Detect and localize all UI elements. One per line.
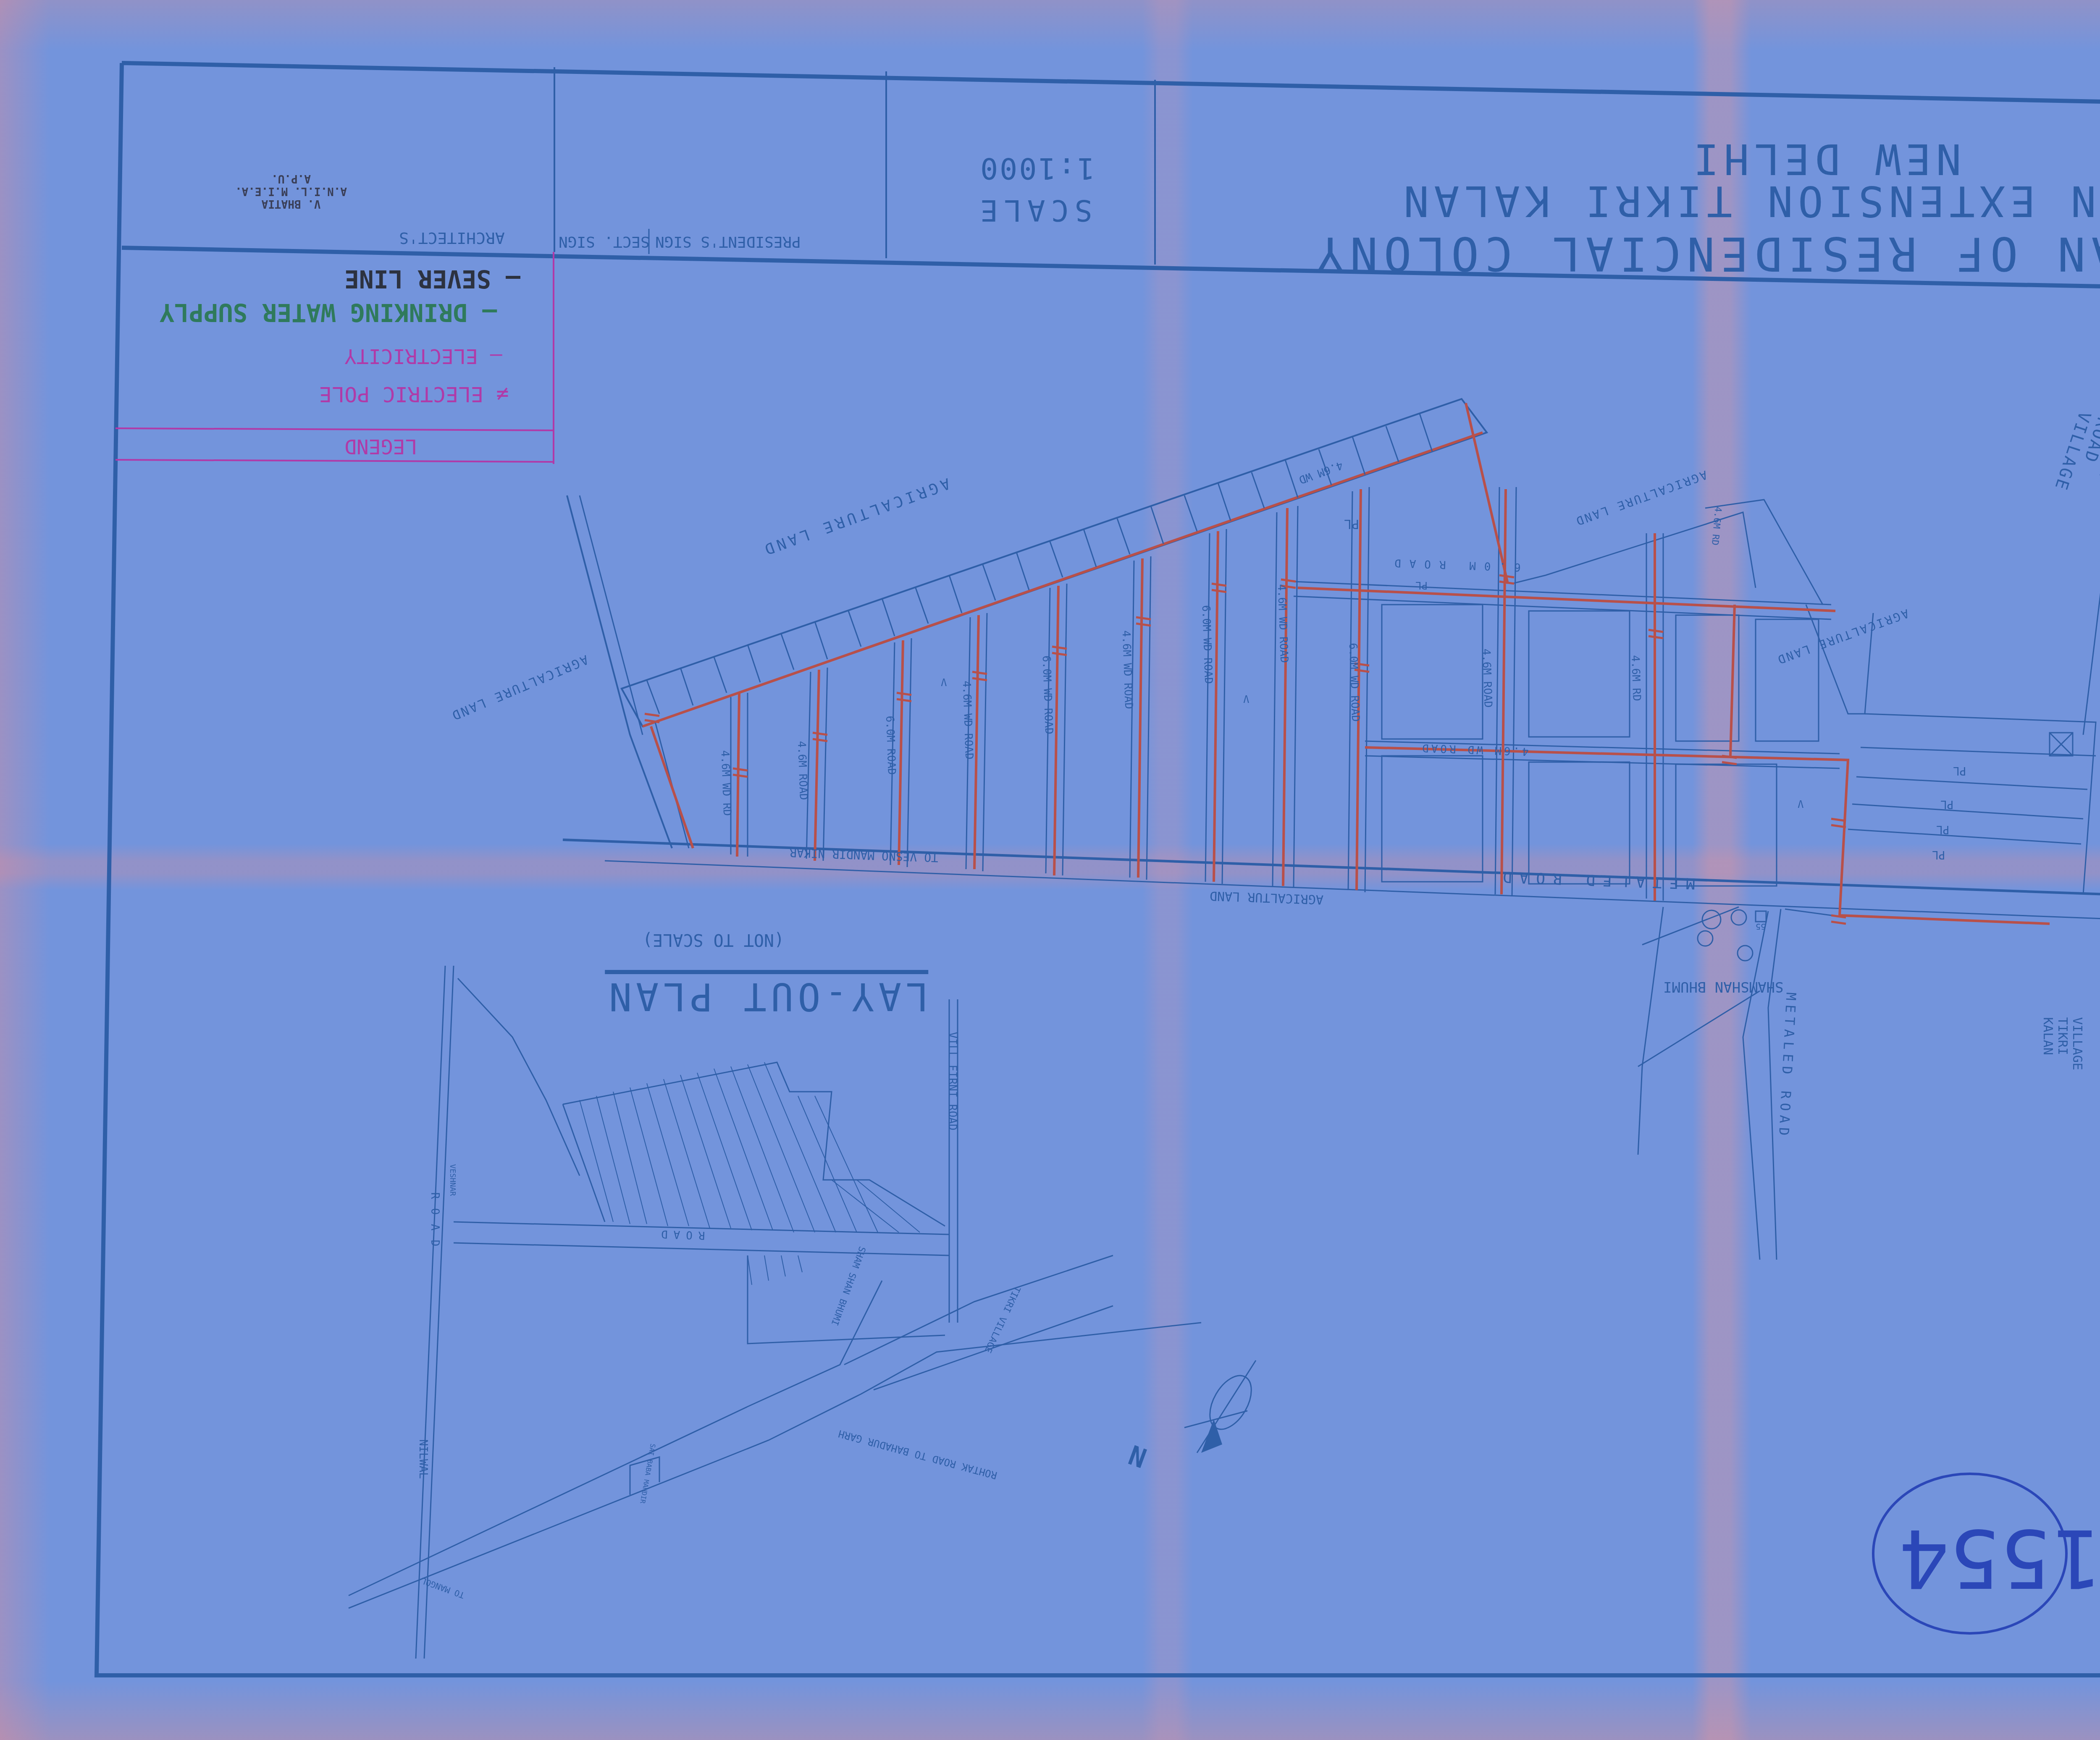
title-line-2: TIKRI KALAN EXTENSION TIKRI KALAN: [1399, 176, 2100, 225]
label-village-tikri-kalan: VILLAGE TIKRI KALAN: [2040, 1017, 2084, 1093]
architect-stamp: V. BHATIA A.N.I.L. M.I.E.A. A.P.U.: [235, 172, 347, 210]
scale-label: SCALE: [974, 193, 1092, 228]
plot-tag-pl: PL: [1932, 848, 1945, 861]
legend-label: ELECTRICITY: [344, 344, 478, 368]
road-label: 4.6M ROAD: [1480, 648, 1494, 708]
sever-line-icon: —: [506, 265, 520, 293]
legend-item-electric-pole: ≠ ELECTRIC POLE: [319, 382, 509, 406]
water-line-icon: —: [482, 298, 497, 327]
plot-tag-v: V: [1243, 693, 1249, 705]
plot-tag-pl: PL: [1936, 823, 1949, 836]
plot-tag-pl: PL: [1940, 798, 1953, 810]
title-line-3: NEW DELHI: [1688, 134, 1961, 183]
stamp-line-1: V. BHATIA: [235, 197, 347, 210]
plot-tag-v: V: [941, 676, 947, 688]
stamp-line-3: A.P.U.: [235, 172, 347, 185]
file-number: 1554: [1898, 1512, 2100, 1604]
label-shamshan-bhumi: SHAMSHAN BHUMI: [1663, 978, 1784, 995]
label-vill-firni-road: VILL FIRNI ROAD: [946, 1032, 958, 1131]
label-veshnar: VESHNAR: [448, 1164, 457, 1196]
architects-label: ARCHITECT'S: [399, 229, 505, 247]
title-line-1: LAY OUT PLAN OF RESIDENCIAL COLONY: [1310, 227, 2100, 280]
legend-item-sever: — SEVER LINE: [344, 265, 520, 293]
road-label: 6.0M ROAD: [883, 715, 898, 775]
legend-item-electricity: — ELECTRICITY: [344, 344, 502, 368]
key-plan-subtitle: (NOT TO SCALE): [643, 930, 784, 949]
key-plan-title: LAY-OUT PLAN: [605, 970, 928, 1018]
electricity-line-icon: —: [490, 344, 502, 368]
secretary-sign-label: SECT. SIGN: [559, 233, 650, 250]
plot-tag-pl: PL: [1415, 579, 1428, 591]
legend-label: ELECTRIC POLE: [319, 382, 483, 406]
presidents-sign-label: PRESIDENT'S SIGN: [655, 233, 801, 250]
road-label: 4.6M RD: [1629, 655, 1643, 702]
road-label: 4.6M WD RD: [719, 750, 733, 816]
label-road-h: ROAD: [655, 1227, 706, 1242]
road-label: 4.6M ROAD: [795, 741, 810, 800]
stamp-line-2: A.N.I.L. M.I.E.A.: [235, 185, 347, 197]
plot-tag-pl: PL: [1344, 516, 1359, 531]
legend-item-water: — DRINKING WATER SUPPLY: [160, 298, 497, 327]
label-nilwal: NILWAL: [417, 1439, 429, 1479]
legend-heading: LEGEND: [344, 435, 417, 458]
scale-value: 1:1000: [979, 151, 1095, 186]
plot-tag-pl: PL: [1953, 764, 1966, 777]
plot-tag-v: V: [1798, 798, 1803, 810]
label-road-v: ROAD: [428, 1192, 441, 1256]
legend-label: DRINKING WATER SUPPLY: [160, 298, 467, 327]
legend-label: SEVER LINE: [344, 265, 491, 293]
label-pole-number: 55: [1756, 922, 1766, 932]
electric-pole-icon: ≠: [496, 382, 509, 406]
